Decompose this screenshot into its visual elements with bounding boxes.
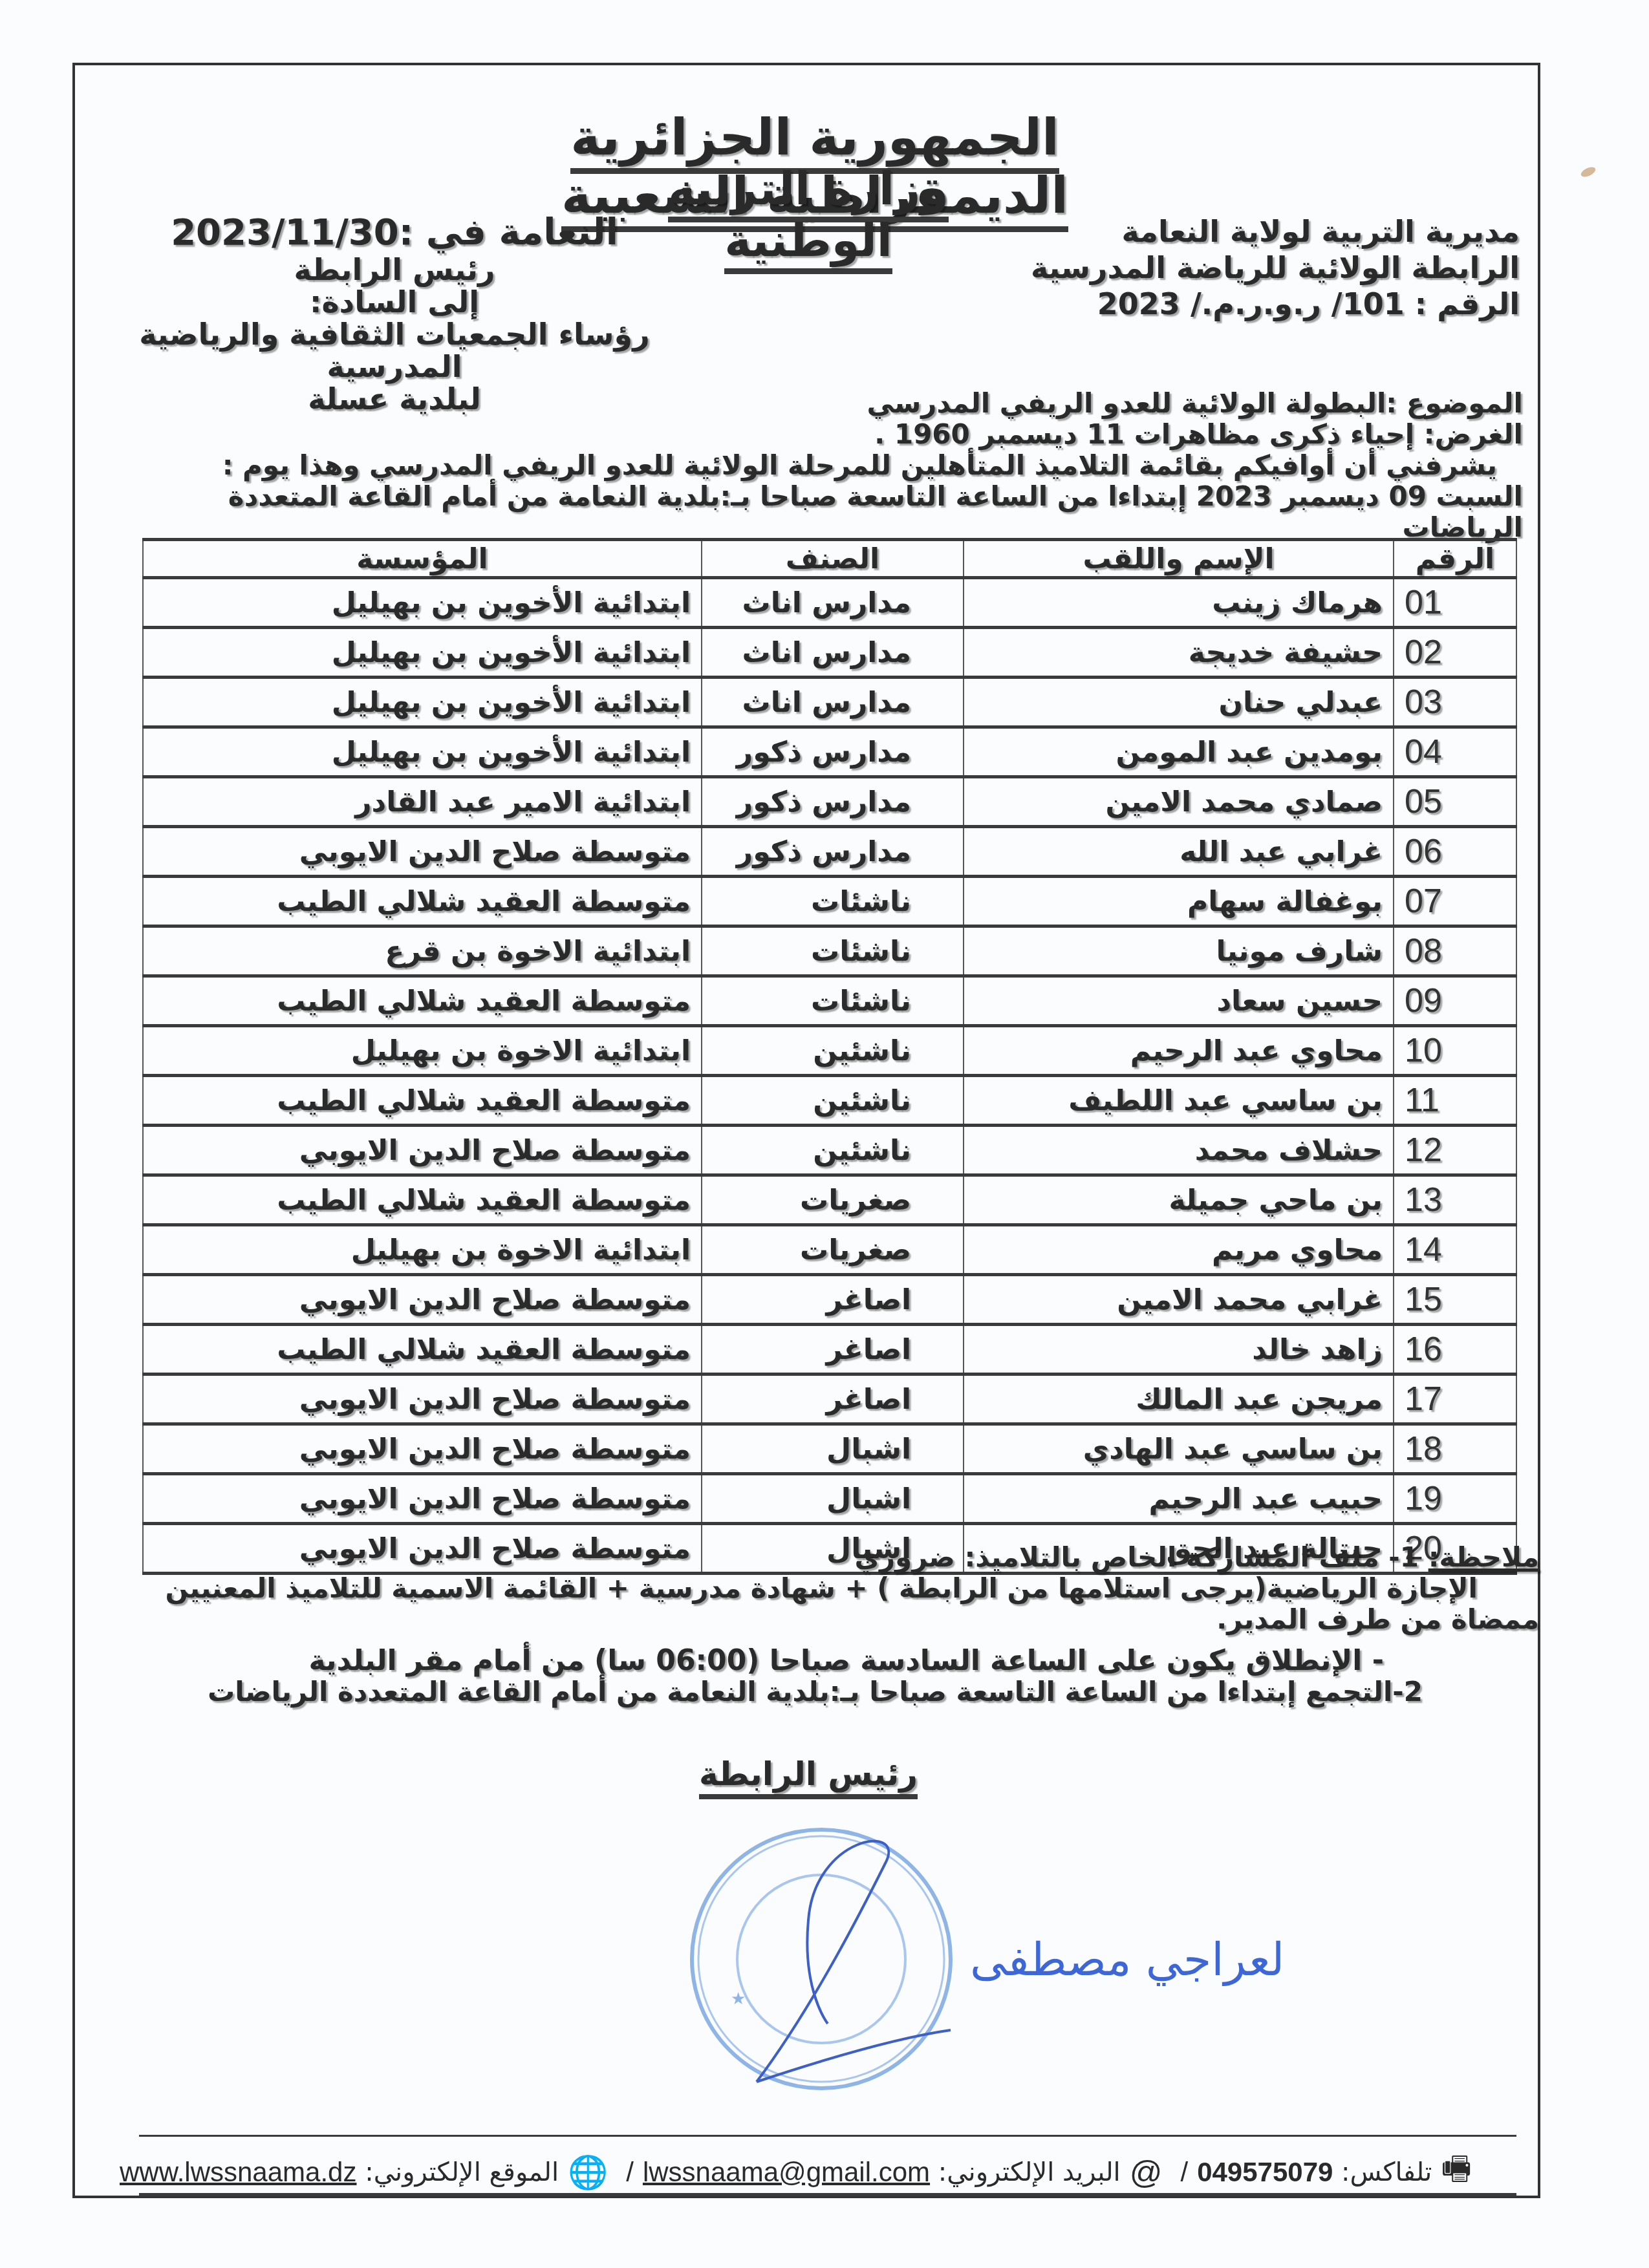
email-label: البريد الإلكتروني: xyxy=(938,2157,1121,2187)
student-institution: ابتدائية الأخوين بن بهيليل xyxy=(143,578,702,628)
student-category: ناشئين xyxy=(702,1126,964,1175)
student-institution: متوسطة صلاح الدين الايوبي xyxy=(143,1474,702,1524)
student-category: ناشئات xyxy=(702,926,964,976)
recipient-block: النعامة في :2023/11/30 رئيس الرابطة إلى … xyxy=(110,212,679,415)
row-number: 08 xyxy=(1394,926,1516,976)
student-name: زاهد خالد xyxy=(964,1325,1394,1375)
student-category: اصاغر xyxy=(702,1325,964,1375)
table-row: 11بن ساسي عبد اللطيفناشئينمتوسطة العقيد … xyxy=(143,1076,1516,1126)
footer-contact: 🖷 تلفاكس: 049575079 / @ البريد الإلكترون… xyxy=(120,2153,1529,2192)
student-institution: ابتدائية الأخوين بن بهيليل xyxy=(143,727,702,777)
row-number: 10 xyxy=(1394,1026,1516,1076)
table-row: 08شارف مونياناشئاتابتدائية الاخوة بن قرع xyxy=(143,926,1516,976)
at-icon: @ xyxy=(1130,2154,1163,2191)
place-date: النعامة في :2023/11/30 xyxy=(110,212,679,253)
students-table: الرقم الإسم واللقب الصنف المؤسسة 01هرماك… xyxy=(142,538,1517,1575)
student-name: محاوي مريم xyxy=(964,1225,1394,1275)
fax-label: تلفاكس: xyxy=(1341,2157,1432,2187)
footer-divider xyxy=(139,2135,1516,2137)
table-row: 14محاوي مريمصغرياتابتدائية الاخوة بن بهي… xyxy=(143,1225,1516,1275)
table-row: 19حبيب عبد الرحيماشبالمتوسطة صلاح الدين … xyxy=(143,1474,1516,1524)
website-link[interactable]: www.lwssnaama.dz xyxy=(120,2157,356,2188)
student-institution: ابتدائية الاخوة بن بهيليل xyxy=(143,1026,702,1076)
student-name: بن ماحي جميلة xyxy=(964,1175,1394,1225)
row-number: 05 xyxy=(1394,777,1516,827)
student-institution: متوسطة صلاح الدين الايوبي xyxy=(143,827,702,877)
table-row: 05صمادي محمد الامينمدارس ذكورابتدائية ال… xyxy=(143,777,1516,827)
row-number: 13 xyxy=(1394,1175,1516,1225)
student-category: مدارس اناث xyxy=(702,628,964,678)
student-institution: متوسطة العقيد شلالي الطيب xyxy=(143,1076,702,1126)
note-1: ملاحظة: 1- ملف المشاركة الخاص بالتلاميذ:… xyxy=(84,1542,1539,1573)
note-departure: - الإنطلاق يكون على الساعة السادسة صباحا… xyxy=(84,1645,1539,1676)
intro-line: يشرفني أن أوافيكم بقائمة التلاميذ المتأه… xyxy=(165,450,1523,481)
row-number: 12 xyxy=(1394,1126,1516,1175)
student-name: شارف مونيا xyxy=(964,926,1394,976)
note-1-detail-2: ممضاة من طرف المدير. xyxy=(84,1604,1539,1635)
email-link[interactable]: lwssnaama@gmail.com xyxy=(643,2157,930,2188)
student-name: بن ساسي عبد اللطيف xyxy=(964,1076,1394,1126)
recipients: رؤساء الجمعيات الثقافية والرياضية المدرس… xyxy=(110,318,679,383)
student-institution: متوسطة العقيد شلالي الطيب xyxy=(143,1325,702,1375)
row-number: 11 xyxy=(1394,1076,1516,1126)
student-category: ناشئات xyxy=(702,877,964,926)
student-name: هرماك زينب xyxy=(964,578,1394,628)
student-category: اشبال xyxy=(702,1474,964,1524)
table-row: 07بوغفالة سهامناشئاتمتوسطة العقيد شلالي … xyxy=(143,877,1516,926)
student-category: ناشئين xyxy=(702,1026,964,1076)
student-name: بومدين عبد المومن xyxy=(964,727,1394,777)
student-category: مدارس اناث xyxy=(702,578,964,628)
student-institution: ابتدائية الأخوين بن بهيليل xyxy=(143,628,702,678)
league-name: الرابطة الولائية للرياضة المدرسية xyxy=(1028,250,1520,286)
student-category: اصاغر xyxy=(702,1375,964,1424)
student-category: مدارس ذكور xyxy=(702,827,964,877)
table-row: 18بن ساسي عبد الهادياشبالمتوسطة صلاح الد… xyxy=(143,1424,1516,1474)
student-institution: ابتدائية الامير عبد القادر xyxy=(143,777,702,827)
row-number: 04 xyxy=(1394,727,1516,777)
svg-text:★: ★ xyxy=(731,1989,746,2009)
student-name: حسين سعاد xyxy=(964,976,1394,1026)
to-label: إلى السادة: xyxy=(110,286,679,318)
table-row: 03عبدلي حنانمدارس اناثابتدائية الأخوين ب… xyxy=(143,678,1516,727)
student-category: اصاغر xyxy=(702,1275,964,1325)
row-number: 02 xyxy=(1394,628,1516,678)
student-category: مدارس ذكور xyxy=(702,727,964,777)
fax-value: 049575079 xyxy=(1197,2157,1333,2188)
row-number: 17 xyxy=(1394,1375,1516,1424)
student-institution: متوسطة صلاح الدين الايوبي xyxy=(143,1126,702,1175)
row-number: 09 xyxy=(1394,976,1516,1026)
subject-block: الموضوع :البطولة الولائية للعدو الريفي ا… xyxy=(165,388,1523,543)
student-name: بن ساسي عبد الهادي xyxy=(964,1424,1394,1474)
student-category: مدارس ذكور xyxy=(702,777,964,827)
directorate: مديرية التربية لولاية النعامة xyxy=(1028,213,1520,250)
student-institution: ابتدائية الاخوة بن قرع xyxy=(143,926,702,976)
row-number: 18 xyxy=(1394,1424,1516,1474)
table-row: 16زاهد خالداصاغرمتوسطة العقيد شلالي الطي… xyxy=(143,1325,1516,1375)
footer-bottom-border xyxy=(139,2193,1516,2196)
header-institution: المؤسسة xyxy=(143,540,702,578)
table-row: 17مريجن عبد المالكاصاغرمتوسطة صلاح الدين… xyxy=(143,1375,1516,1424)
student-name: حشلاف محمد xyxy=(964,1126,1394,1175)
table-row: 15غرابي محمد الاميناصاغرمتوسطة صلاح الدي… xyxy=(143,1275,1516,1325)
paper-speck xyxy=(1580,165,1597,178)
student-category: صغريات xyxy=(702,1175,964,1225)
student-institution: متوسطة العقيد شلالي الطيب xyxy=(143,877,702,926)
student-name: غرابي محمد الامين xyxy=(964,1275,1394,1325)
table-header-row: الرقم الإسم واللقب الصنف المؤسسة xyxy=(143,540,1516,578)
student-institution: متوسطة صلاح الدين الايوبي xyxy=(143,1275,702,1325)
globe-www-icon: 🌐 xyxy=(568,2154,608,2192)
student-name: مريجن عبد المالك xyxy=(964,1375,1394,1424)
student-category: ناشئين xyxy=(702,1076,964,1126)
table-row: 10محاوي عبد الرحيمناشئينابتدائية الاخوة … xyxy=(143,1026,1516,1076)
student-institution: متوسطة العقيد شلالي الطيب xyxy=(143,1175,702,1225)
sender: رئيس الرابطة xyxy=(110,253,679,286)
table-row: 12حشلاف محمدناشئينمتوسطة صلاح الدين الاي… xyxy=(143,1126,1516,1175)
student-category: اشبال xyxy=(702,1424,964,1474)
official-stamp-icon: ★ xyxy=(673,1810,970,2108)
student-name: بوغفالة سهام xyxy=(964,877,1394,926)
student-institution: ابتدائية الأخوين بن بهيليل xyxy=(143,678,702,727)
student-category: مدارس اناث xyxy=(702,678,964,727)
student-name: عبدلي حنان xyxy=(964,678,1394,727)
row-number: 03 xyxy=(1394,678,1516,727)
note-2: 2-التجمع إبتداءا من الساعة التاسعة صباحا… xyxy=(84,1676,1539,1707)
student-institution: متوسطة صلاح الدين الايوبي xyxy=(143,1375,702,1424)
student-category: ناشئات xyxy=(702,976,964,1026)
notes-block: ملاحظة: 1- ملف المشاركة الخاص بالتلاميذ:… xyxy=(84,1542,1539,1707)
student-name: حبيب عبد الرحيم xyxy=(964,1474,1394,1524)
signature-title: رئيس الرابطة xyxy=(666,1755,951,1793)
row-number: 14 xyxy=(1394,1225,1516,1275)
reference-number: الرقم : 101/ ر.و.ر.م./ 2023 xyxy=(1028,286,1520,322)
row-number: 06 xyxy=(1394,827,1516,877)
table-row: 01هرماك زينبمدارس اناثابتدائية الأخوين ب… xyxy=(143,578,1516,628)
table-row: 02حشيفة خديجةمدارس اناثابتدائية الأخوين … xyxy=(143,628,1516,678)
row-number: 16 xyxy=(1394,1325,1516,1375)
student-category: صغريات xyxy=(702,1225,964,1275)
row-number: 01 xyxy=(1394,578,1516,628)
student-name: غرابي عبد الله xyxy=(964,827,1394,877)
student-name: حشيفة خديجة xyxy=(964,628,1394,678)
date-line: السبت 09 ديسمبر 2023 إبتداءا من الساعة ا… xyxy=(165,481,1523,543)
purpose-line: الغرض: إحياء ذكرى مظاهرات 11 ديسمبر 1960… xyxy=(165,419,1523,450)
table-row: 06غرابي عبد اللهمدارس ذكورمتوسطة صلاح ال… xyxy=(143,827,1516,877)
header-category: الصنف xyxy=(702,540,964,578)
header-num: الرقم xyxy=(1394,540,1516,578)
row-number: 07 xyxy=(1394,877,1516,926)
student-institution: متوسطة العقيد شلالي الطيب xyxy=(143,976,702,1026)
student-name: صمادي محمد الامين xyxy=(964,777,1394,827)
table-row: 09حسين سعادناشئاتمتوسطة العقيد شلالي الط… xyxy=(143,976,1516,1026)
table-row: 13بن ماحي جميلةصغرياتمتوسطة العقيد شلالي… xyxy=(143,1175,1516,1225)
row-number: 15 xyxy=(1394,1275,1516,1325)
header-name: الإسم واللقب xyxy=(964,540,1394,578)
table-row: 04بومدين عبد المومنمدارس ذكورابتدائية ال… xyxy=(143,727,1516,777)
website-label: الموقع الإلكتروني: xyxy=(365,2157,559,2187)
fax-icon: 🖷 xyxy=(1441,2145,1471,2200)
student-name: محاوي عبد الرحيم xyxy=(964,1026,1394,1076)
issuer-block: مديرية التربية لولاية النعامة الرابطة ال… xyxy=(1028,213,1520,322)
student-institution: متوسطة صلاح الدين الايوبي xyxy=(143,1424,702,1474)
row-number: 19 xyxy=(1394,1474,1516,1524)
note-1-detail: الإجازة الرياضية(يرجى استلامها من الرابط… xyxy=(84,1573,1539,1604)
student-institution: ابتدائية الاخوة بن بهيليل xyxy=(143,1225,702,1275)
signature-handwriting: لعراجي مصطفى xyxy=(970,1933,1284,1986)
subject-line: الموضوع :البطولة الولائية للعدو الريفي ا… xyxy=(165,388,1523,419)
